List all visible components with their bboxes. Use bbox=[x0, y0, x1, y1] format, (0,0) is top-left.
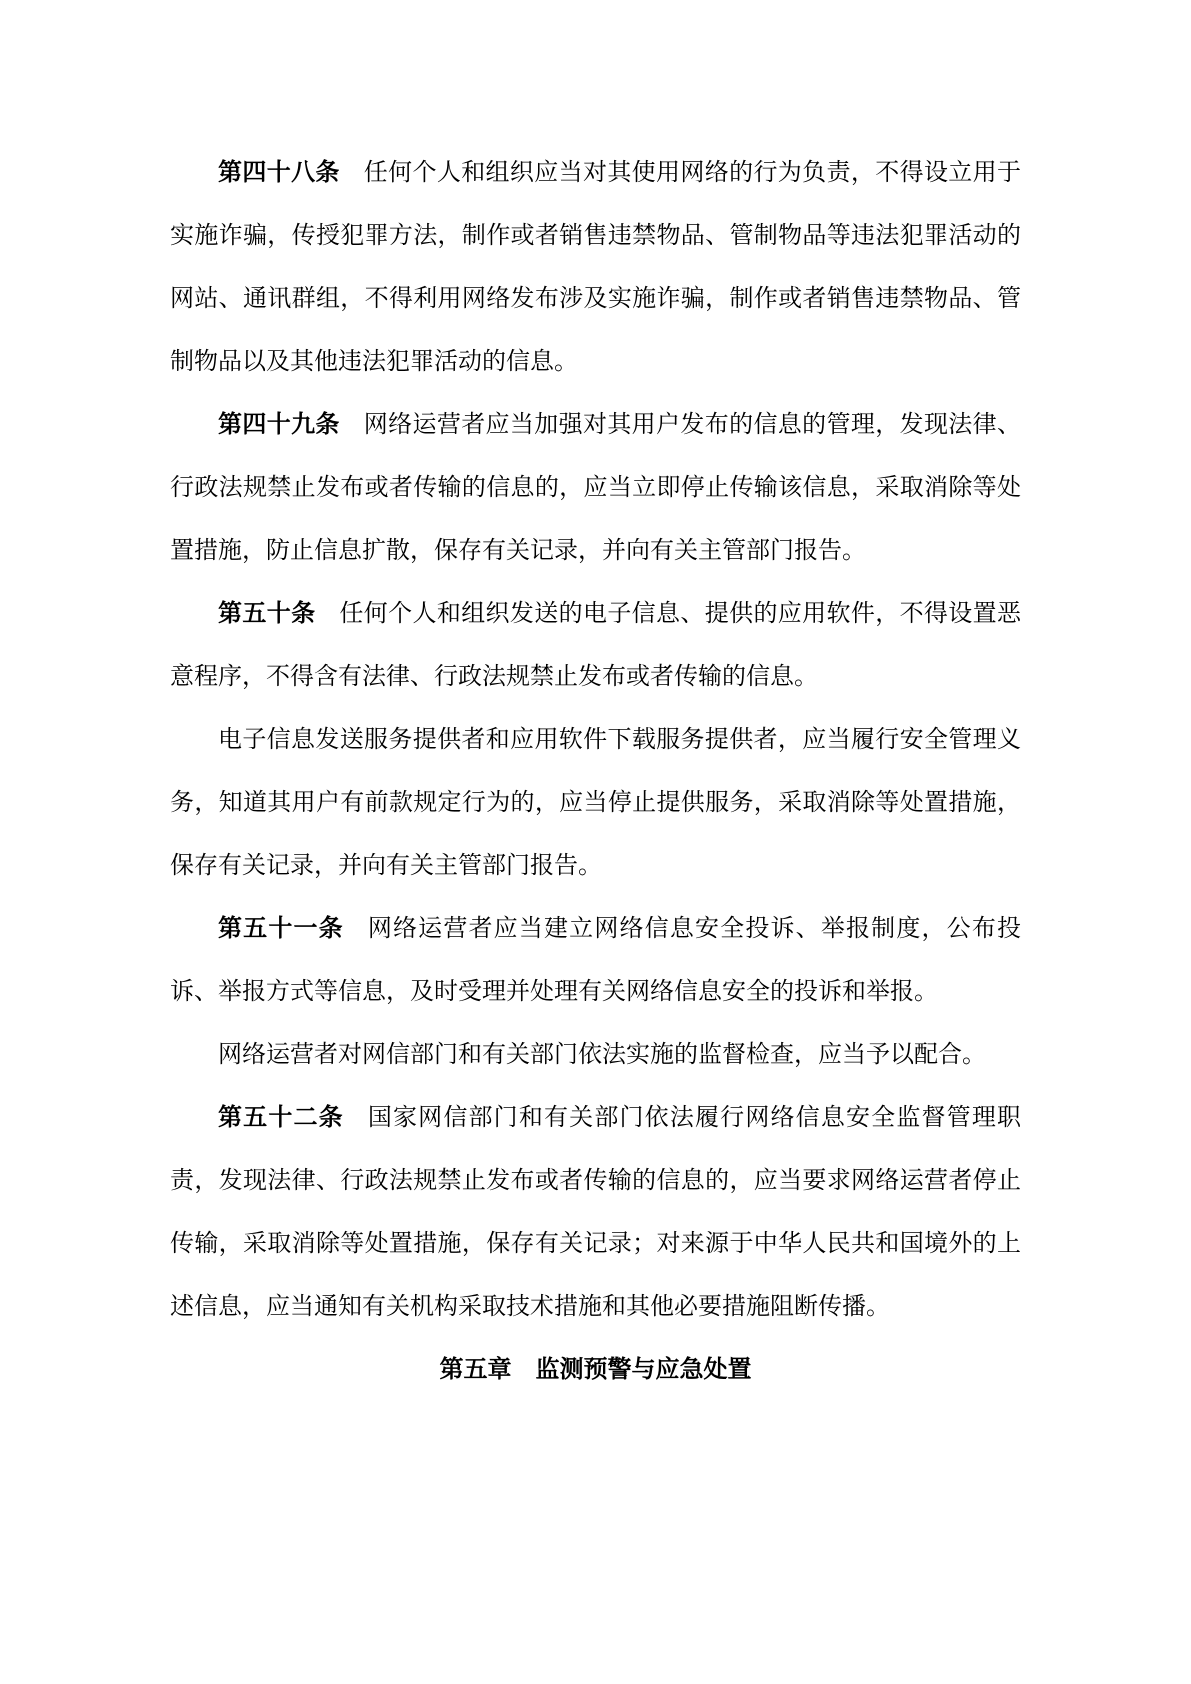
article-text: 网络运营者对网信部门和有关部门依法实施的监督检查，应当予以配合。 bbox=[218, 1041, 986, 1068]
article-paragraph: 第五十条任何个人和组织发送的电子信息、提供的应用软件，不得设置恶意程序，不得含有… bbox=[170, 582, 1021, 708]
article-text: 国家网信部门和有关部门依法履行网络信息安全监督管理职责，发现法律、行政法规禁止发… bbox=[170, 1104, 1021, 1320]
article-number: 第五十一条 bbox=[218, 915, 344, 942]
article-paragraph: 第五十一条网络运营者应当建立网络信息安全投诉、举报制度，公布投诉、举报方式等信息… bbox=[170, 897, 1021, 1023]
article-paragraph: 电子信息发送服务提供者和应用软件下载服务提供者，应当履行安全管理义务，知道其用户… bbox=[170, 708, 1021, 897]
article-paragraph: 网络运营者对网信部门和有关部门依法实施的监督检查，应当予以配合。 bbox=[170, 1023, 1021, 1086]
article-paragraph: 第四十九条网络运营者应当加强对其用户发布的信息的管理，发现法律、行政法规禁止发布… bbox=[170, 393, 1021, 582]
article-number: 第四十九条 bbox=[218, 411, 340, 438]
document-page: 第四十八条任何个人和组织应当对其使用网络的行为负责，不得设立用于实施诈骗，传授犯… bbox=[0, 0, 1191, 1684]
article-number: 第五十条 bbox=[218, 600, 315, 627]
article-text: 电子信息发送服务提供者和应用软件下载服务提供者，应当履行安全管理义务，知道其用户… bbox=[170, 726, 1021, 879]
article-text: 任何个人和组织应当对其使用网络的行为负责，不得设立用于实施诈骗，传授犯罪方法，制… bbox=[170, 159, 1021, 375]
article-paragraph: 第五十二条国家网信部门和有关部门依法履行网络信息安全监督管理职责，发现法律、行政… bbox=[170, 1086, 1021, 1338]
article-number: 第五十二条 bbox=[218, 1104, 344, 1131]
article-paragraph: 第四十八条任何个人和组织应当对其使用网络的行为负责，不得设立用于实施诈骗，传授犯… bbox=[170, 141, 1021, 393]
chapter-heading: 第五章 监测预警与应急处置 bbox=[170, 1338, 1021, 1401]
article-number: 第四十八条 bbox=[218, 159, 340, 186]
